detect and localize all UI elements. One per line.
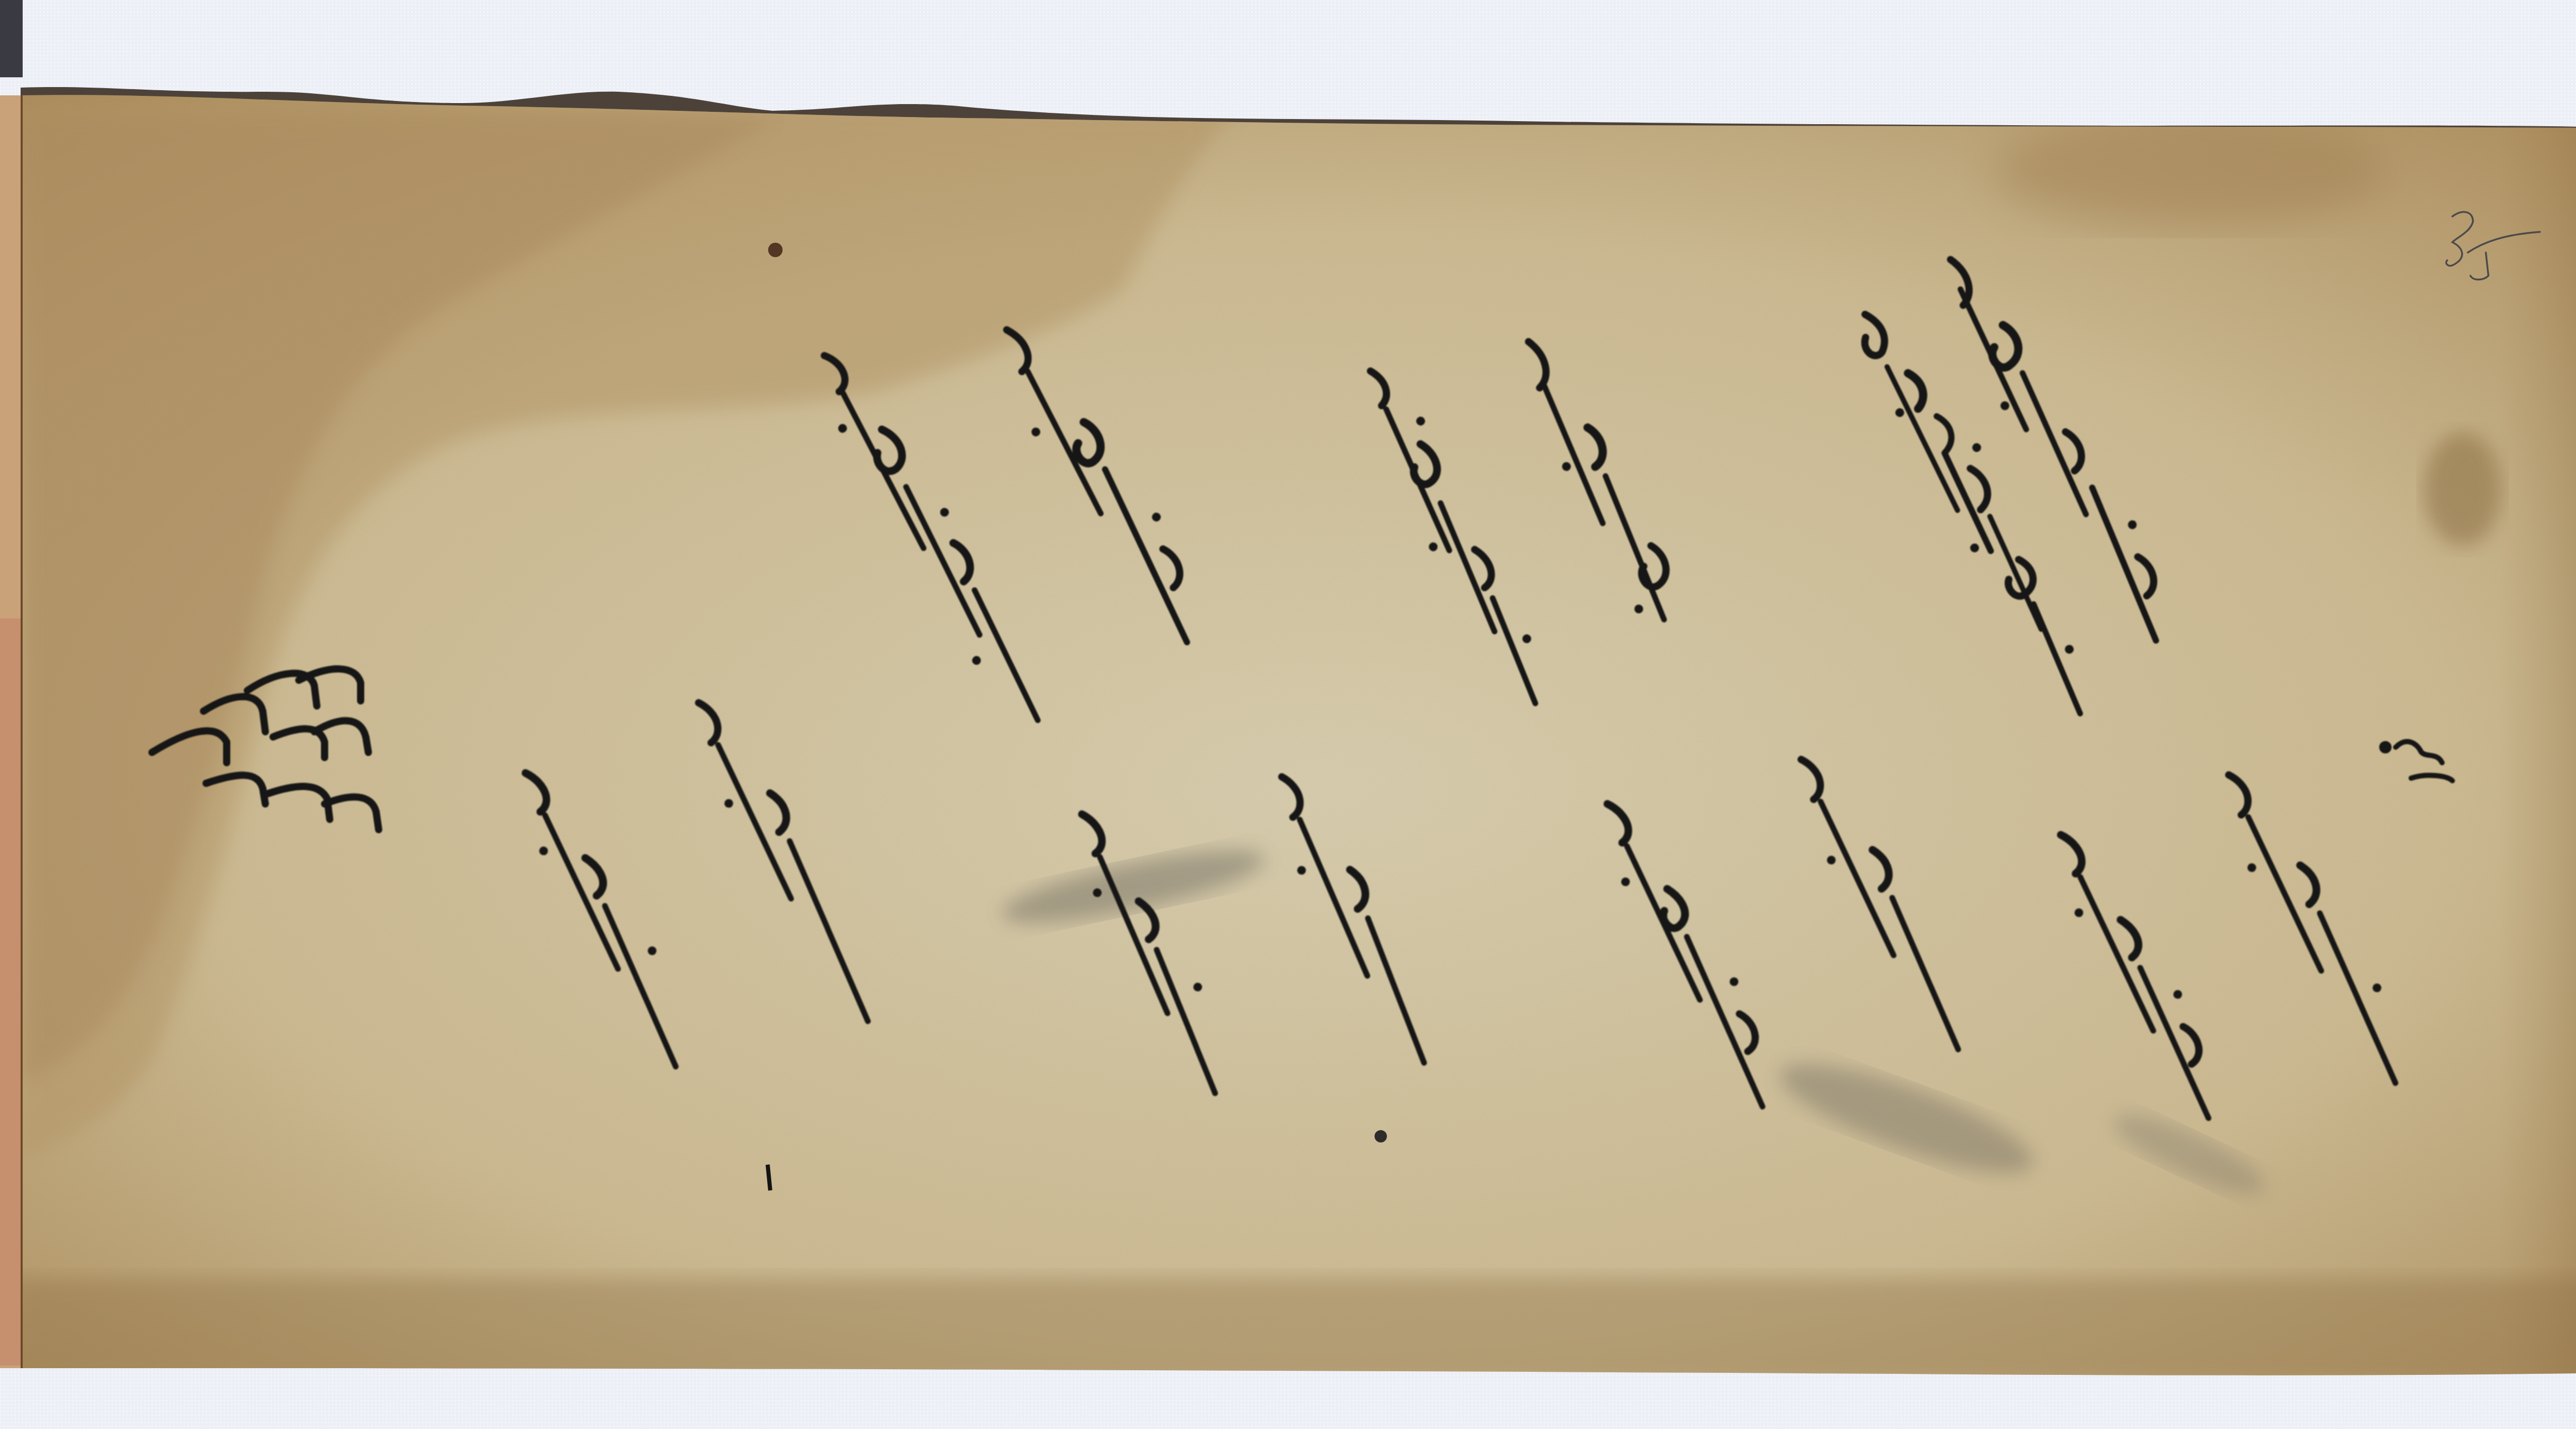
binding-strip-lower <box>0 618 21 1366</box>
folio-number-label: 35 <box>2468 196 2547 267</box>
ink-dash <box>768 1165 770 1190</box>
manuscript-page <box>0 0 2576 1429</box>
paper-texture <box>0 0 2576 1429</box>
